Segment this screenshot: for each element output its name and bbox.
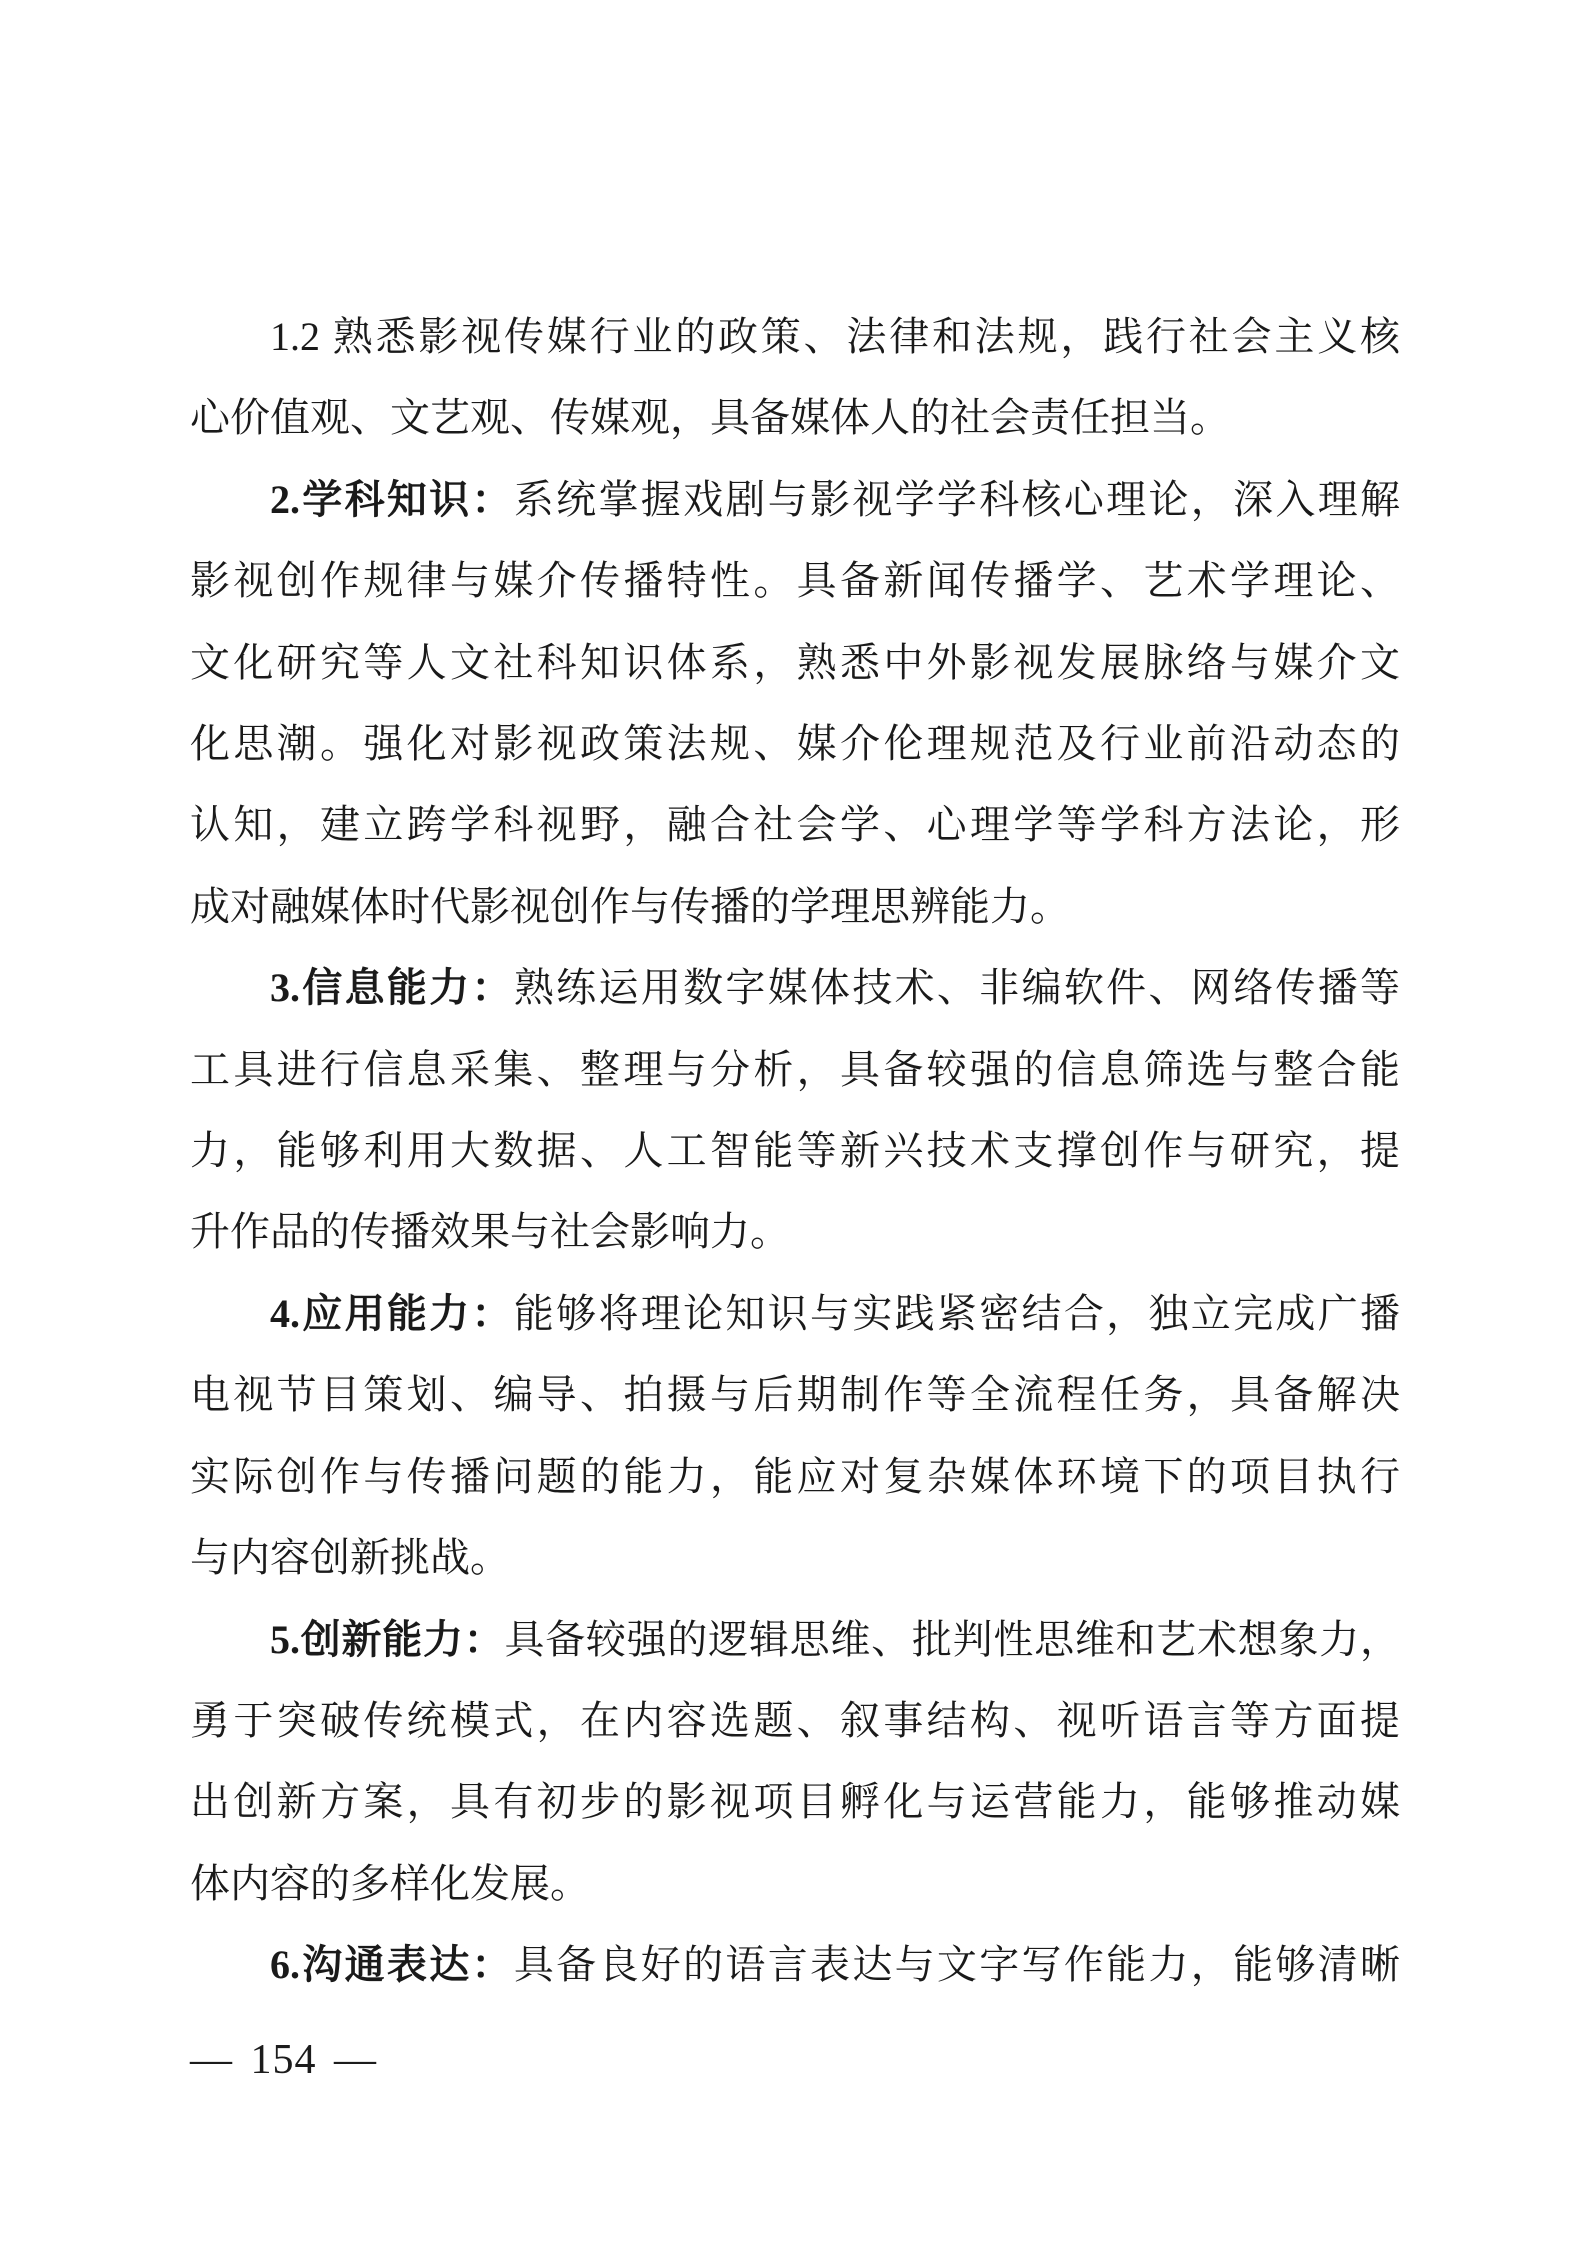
line-text: 勇于突破传统模式，在内容选题、叙事结构、视听语言等方面提 <box>190 1698 1400 1743</box>
text-line: 化思潮。强化对影视政策法规、媒介伦理规范及行业前沿动态的 <box>190 703 1400 784</box>
text-line: 4.应用能力：能够将理论知识与实践紧密结合，独立完成广播 <box>190 1273 1400 1354</box>
text-column: 1.2 熟悉影视传媒行业的政策、法律和法规，践行社会主义核 心价值观、文艺观、传… <box>190 296 1400 2006</box>
line-text: 1.2 熟悉影视传媒行业的政策、法律和法规，践行社会主义核 <box>270 314 1400 359</box>
text-line: 1.2 熟悉影视传媒行业的政策、法律和法规，践行社会主义核 <box>190 296 1400 377</box>
line-text: 熟练运用数字媒体技术、非编软件、网络传播等 <box>514 965 1400 1010</box>
text-line: 工具进行信息采集、整理与分析，具备较强的信息筛选与整合能 <box>190 1029 1400 1110</box>
section-heading: 4.应用能力： <box>270 1291 514 1336</box>
section-heading: 6.沟通表达： <box>270 1942 514 1987</box>
line-text: 具备较强的逻辑思维、批判性思维和艺术想象力， <box>504 1617 1400 1662</box>
document-page: 1.2 熟悉影视传媒行业的政策、法律和法规，践行社会主义核 心价值观、文艺观、传… <box>0 0 1587 2245</box>
section-heading: 2.学科知识： <box>270 477 514 522</box>
line-text: 体内容的多样化发展。 <box>190 1861 590 1906</box>
text-line: 文化研究等人文社科知识体系，熟悉中外影视发展脉络与媒介文 <box>190 622 1400 703</box>
text-line: 认知，建立跨学科视野，融合社会学、心理学等学科方法论，形 <box>190 784 1400 865</box>
line-text: 心价值观、文艺观、传媒观，具备媒体人的社会责任担当。 <box>190 395 1230 440</box>
text-line: 2.学科知识：系统掌握戏剧与影视学学科核心理论，深入理解 <box>190 459 1400 540</box>
text-line: 实际创作与传播问题的能力，能应对复杂媒体环境下的项目执行 <box>190 1436 1400 1517</box>
line-text: 成对融媒体时代影视创作与传播的学理思辨能力。 <box>190 884 1070 929</box>
line-text: 系统掌握戏剧与影视学学科核心理论，深入理解 <box>514 477 1400 522</box>
text-line: 5.创新能力：具备较强的逻辑思维、批判性思维和艺术想象力， <box>190 1599 1400 1680</box>
text-line: 电视节目策划、编导、拍摄与后期制作等全流程任务，具备解决 <box>190 1354 1400 1435</box>
line-text: 文化研究等人文社科知识体系，熟悉中外影视发展脉络与媒介文 <box>190 640 1400 685</box>
section-heading: 3.信息能力： <box>270 965 514 1010</box>
line-text: 实际创作与传播问题的能力，能应对复杂媒体环境下的项目执行 <box>190 1454 1400 1499</box>
text-line: 影视创作规律与媒介传播特性。具备新闻传播学、艺术学理论、 <box>190 540 1400 621</box>
text-line: 成对融媒体时代影视创作与传播的学理思辨能力。 <box>190 866 1400 947</box>
line-text: 能够将理论知识与实践紧密结合，独立完成广播 <box>514 1291 1400 1336</box>
line-text: 与内容创新挑战。 <box>190 1535 510 1580</box>
line-text: 具备良好的语言表达与文字写作能力，能够清晰 <box>514 1942 1400 1987</box>
section-heading: 5.创新能力： <box>270 1617 504 1662</box>
line-text: 工具进行信息采集、整理与分析，具备较强的信息筛选与整合能 <box>190 1047 1400 1092</box>
line-text: 升作品的传播效果与社会影响力。 <box>190 1209 790 1254</box>
text-line: 勇于突破传统模式，在内容选题、叙事结构、视听语言等方面提 <box>190 1680 1400 1761</box>
text-line: 心价值观、文艺观、传媒观，具备媒体人的社会责任担当。 <box>190 377 1400 458</box>
line-text: 影视创作规律与媒介传播特性。具备新闻传播学、艺术学理论、 <box>190 558 1400 603</box>
text-line: 出创新方案，具有初步的影视项目孵化与运营能力，能够推动媒 <box>190 1761 1400 1842</box>
text-line: 3.信息能力：熟练运用数字媒体技术、非编软件、网络传播等 <box>190 947 1400 1028</box>
line-text: 力，能够利用大数据、人工智能等新兴技术支撑创作与研究，提 <box>190 1128 1400 1173</box>
line-text: 化思潮。强化对影视政策法规、媒介伦理规范及行业前沿动态的 <box>190 721 1400 766</box>
text-line: 升作品的传播效果与社会影响力。 <box>190 1191 1400 1272</box>
line-text: 认知，建立跨学科视野，融合社会学、心理学等学科方法论，形 <box>190 802 1400 847</box>
line-text: 出创新方案，具有初步的影视项目孵化与运营能力，能够推动媒 <box>190 1779 1400 1824</box>
text-line: 体内容的多样化发展。 <box>190 1843 1400 1924</box>
line-text: 电视节目策划、编导、拍摄与后期制作等全流程任务，具备解决 <box>190 1372 1400 1417</box>
text-line: 6.沟通表达：具备良好的语言表达与文字写作能力，能够清晰 <box>190 1924 1400 2005</box>
text-line: 与内容创新挑战。 <box>190 1517 1400 1598</box>
page-number: — 154 — <box>190 2036 377 2084</box>
text-line: 力，能够利用大数据、人工智能等新兴技术支撑创作与研究，提 <box>190 1110 1400 1191</box>
